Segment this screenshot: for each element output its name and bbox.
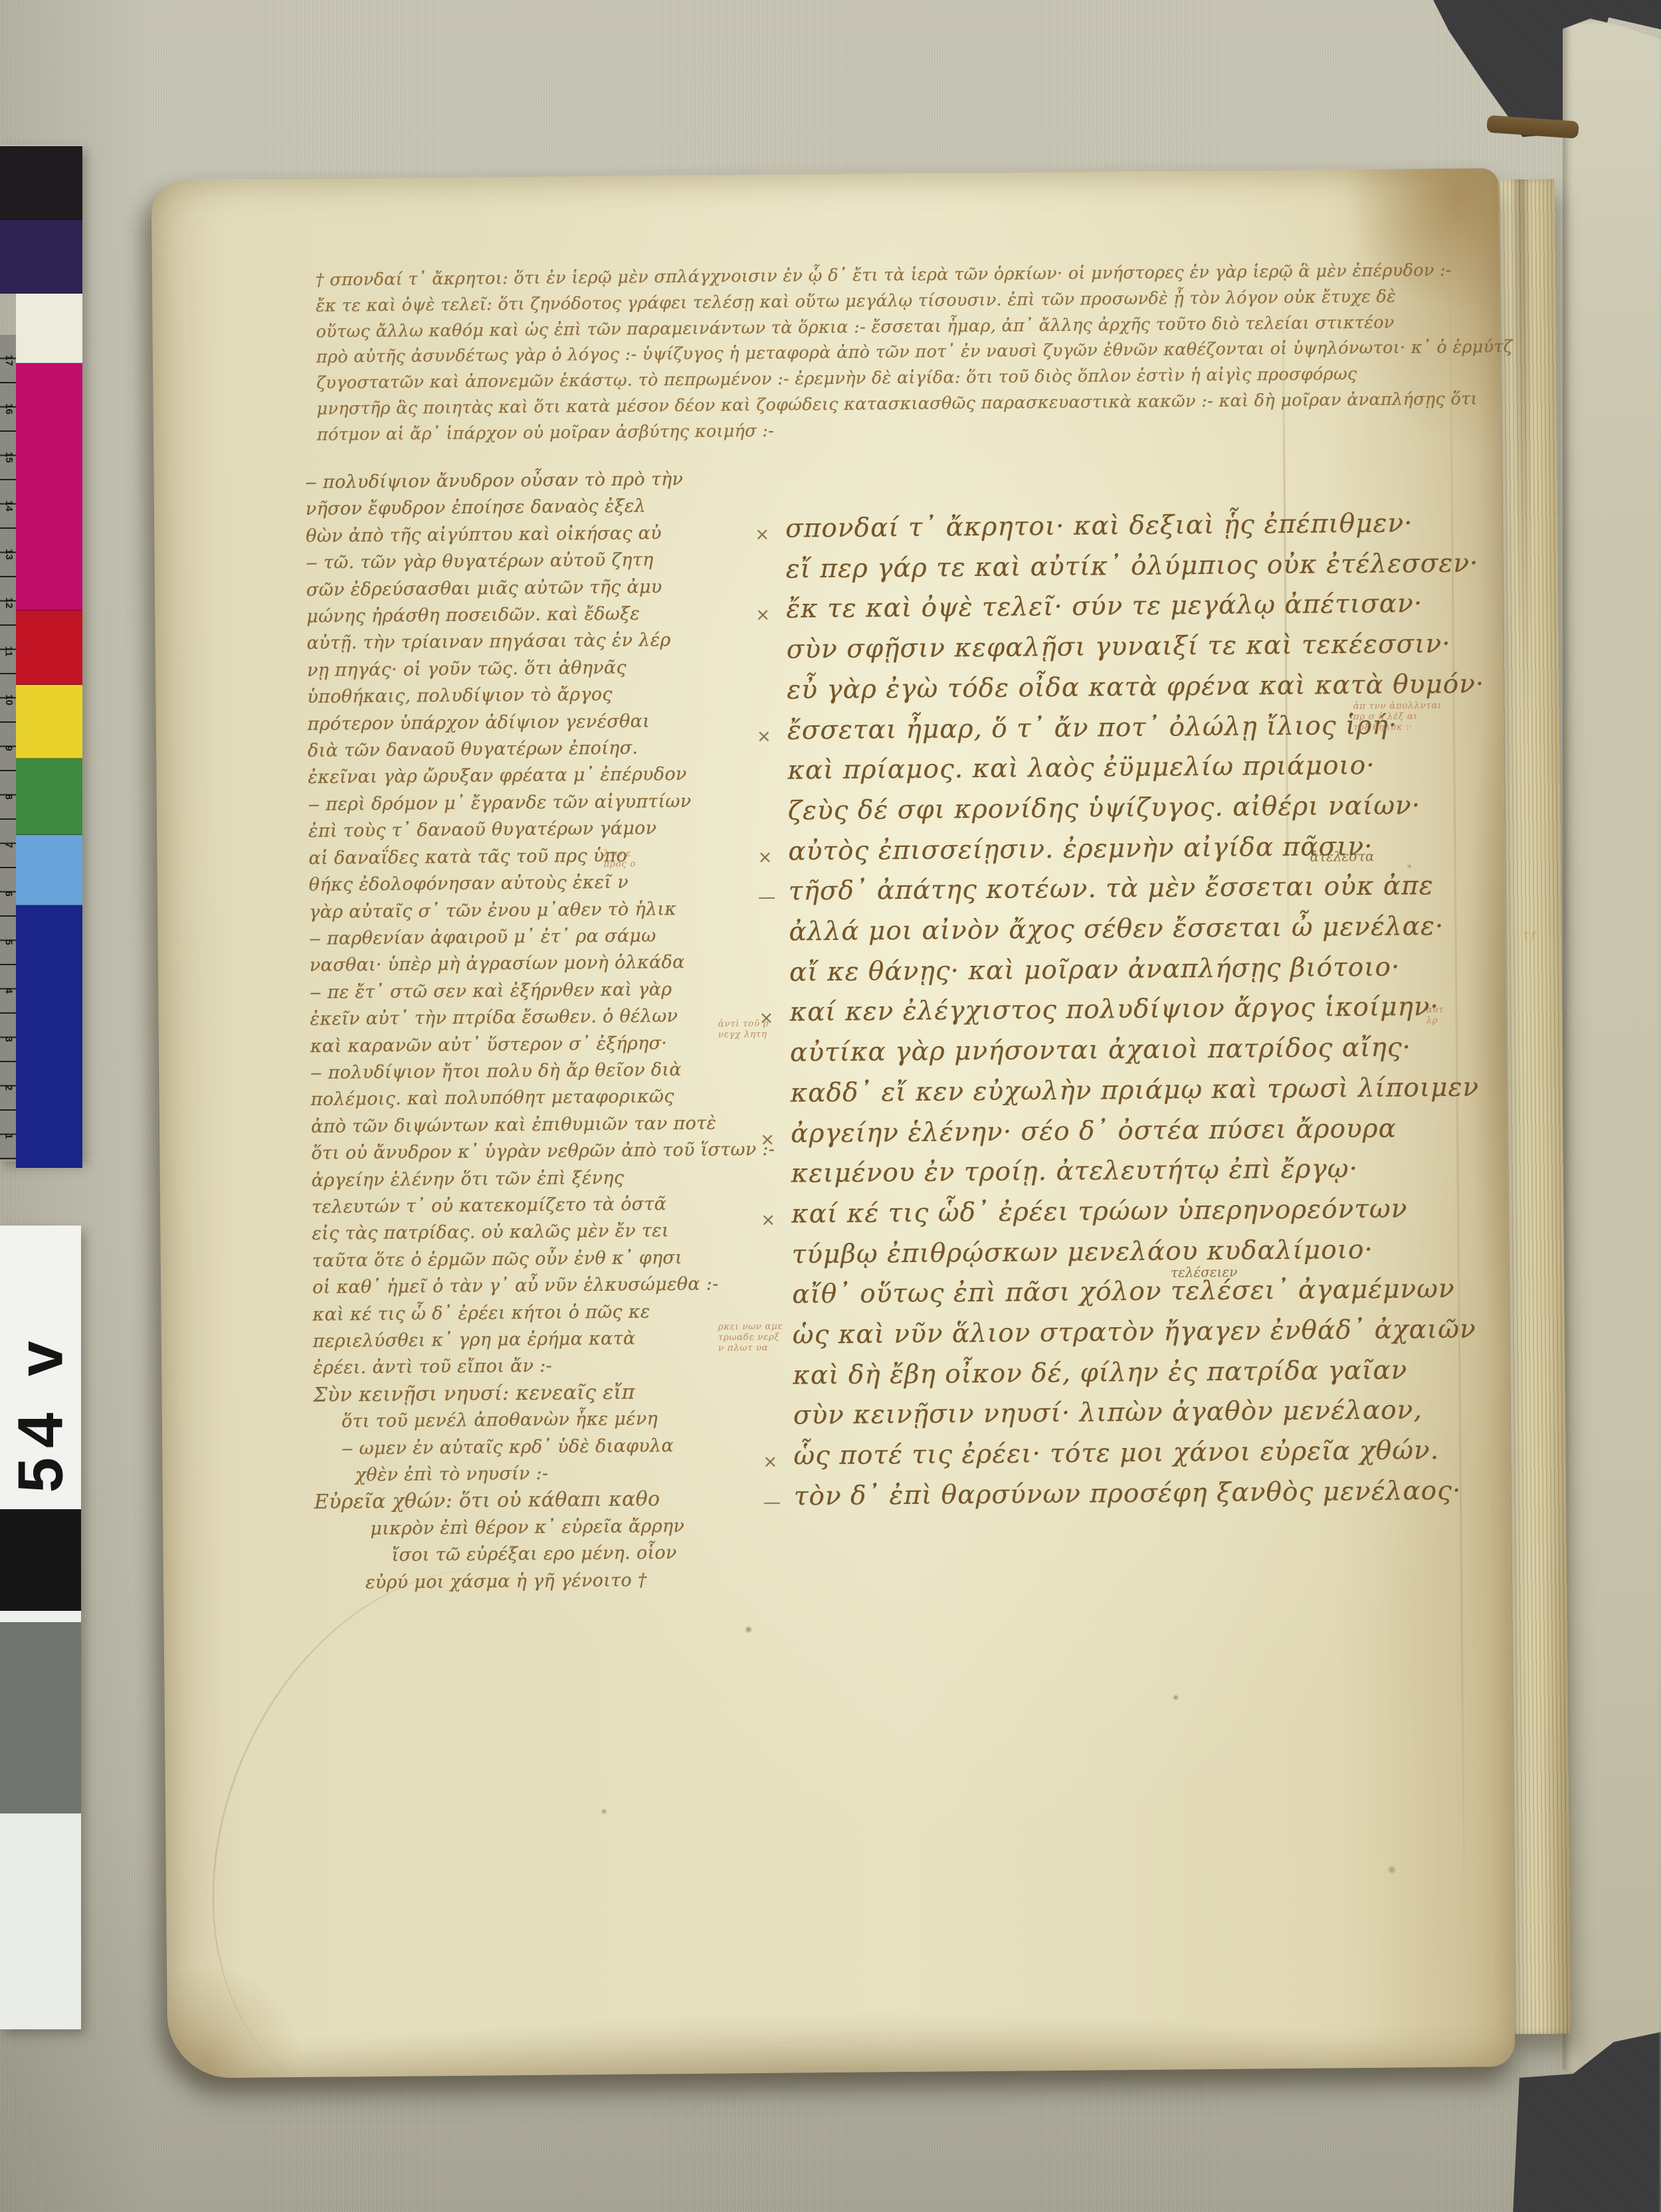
red	[16, 610, 82, 685]
verse-text: κειμένου ἐν τροίῃ. ἀτελευτήτῳ ἐπὶ ἔργῳ·	[791, 1154, 1358, 1188]
light-blue	[16, 835, 82, 905]
color-calibration-bar: 1234567891011121314151617	[0, 145, 82, 1161]
verse-line: —τῆσδ᾽ ἀπάτης κοτέων. τὰ μὲν ἔσσεται οὐκ…	[754, 866, 1487, 913]
verse-line: καὶ πρίαμος. καὶ λαὸς ἐϋμμελίω πριάμοιο·	[753, 745, 1486, 792]
scholion-line: πρότερον ὑπάρχον ἀδίψιον γενέσθαι	[308, 707, 771, 737]
scholion-line: γὰρ αὐταῖς σ᾽ τῶν ἐνου μ᾽αθεν τὸ ἡλικ	[309, 895, 773, 925]
verse-text: ἀλλά μοι αἰνὸν ἄχος σέθεν ἔσσεται ὦ μενέ…	[789, 911, 1444, 947]
scholion-line: τελευτών τ᾽ οὐ κατεκομίζετο τὰ ὀστᾶ	[312, 1190, 775, 1221]
verse-text: καδδ᾽ εἴ κεν εὐχωλὴν πριάμῳ καὶ τρωσὶ λί…	[790, 1072, 1479, 1108]
scholion-line: ‒ περὶ δρόμον μ᾽ ἔγρανδε τῶν αἰγυπτίων	[308, 788, 772, 818]
manuscript-photo-scene: ṭ f † σπονδαί τ᾽ ἄκρητοι: ὅτι ἐν ἱερῷ μὲ…	[0, 0, 1661, 2212]
green	[16, 759, 82, 835]
scholion-line: περιελύσθει κ᾽ γρη μα ἐρήμα κατὰ	[313, 1325, 777, 1355]
red-marginal-note: ἀντὶ τοῦ ρνεγχ λητη	[718, 1018, 769, 1040]
scholion-line: καὶ κέ τις ὧ δ᾽ ἐρέει κήτοι ὁ πῶς κε	[312, 1297, 776, 1328]
left-column-scholia: ‒ πολυδίψιον ἄνυδρον οὖσαν τὸ πρὸ τὴννῆσ…	[305, 466, 779, 1597]
scholion-line: ταῦτα ὅτε ὁ ἑρμῶν πῶς οὖν ἐνθ κ᾽ φησι	[312, 1244, 776, 1275]
scholion-line: ‒ πε ἔτ᾽ στῶ σεν καὶ ἐξήρνθεν καὶ γὰρ	[310, 975, 773, 1006]
scholion-line: ἐρέει. ἀντὶ τοῦ εἴποι ἄν :-	[313, 1351, 777, 1382]
scholion-line: ἴσοι τῶ εὐρέξαι ερο μένη. οἷον	[391, 1539, 778, 1569]
red-marginal-note: αὐτλρ	[1426, 1004, 1444, 1026]
curved-crease	[132, 1500, 733, 2177]
color-patches	[0, 145, 82, 1168]
verse-line: ×καί κέ τις ὧδ᾽ ἐρέει τρώων ὑπερηνορεόντ…	[757, 1188, 1490, 1235]
verse-line: τύμβῳ ἐπιθρῴσκων μενελάου κυδαλίμοιο·	[757, 1229, 1490, 1275]
scholion-line: διὰ τῶν δαναοῦ θυγατέρων ἐποίησ.	[308, 734, 771, 765]
verse-text: αἴθ᾽ οὕτως ἐπὶ πᾶσι χόλον τελέσει᾽ ἀγαμέ…	[792, 1274, 1455, 1310]
verse-text: ἔκ τε καὶ ὀψὲ τελεῖ· σύν τε μεγάλῳ ἀπέτι…	[786, 589, 1422, 624]
magenta	[16, 363, 82, 610]
scholion-line: ὅτι οὐ ἄνυδρον κ᾽ ὑγρὰν νεθρῶν ἀπὸ τοῦ ἵ…	[311, 1137, 775, 1167]
verse-text: εἴ περ γάρ τε καὶ αὐτίκ᾽ ὀλύμπιος οὐκ ἐτ…	[786, 548, 1479, 584]
verse-text: καί κέ τις ὧδ᾽ ἐρέει τρώων ὑπερηνορεόντω…	[791, 1194, 1408, 1229]
verse-text: εὖ γὰρ ἐγὼ τόδε οἶδα κατὰ φρένα καὶ κατὰ…	[787, 669, 1484, 705]
grayscale-card: 54 v	[0, 1226, 81, 2029]
folio-label: 54 v	[0, 1226, 81, 1509]
red-note-line: ∗	[1407, 861, 1413, 872]
scholion-line: Σὺν κεινῇσι νηυσί: κενεαῖς εἴπ	[313, 1378, 777, 1409]
scholion-line: ‒ παρθενίαν ἀφαιροῦ μ᾽ ἐτ᾽ ρα σάμω	[309, 922, 773, 953]
top-margin-scholia: † σπονδαί τ᾽ ἄκρητοι: ὅτι ἐν ἱερῷ μὲν σπ…	[316, 257, 1514, 448]
red-marginal-note: ἀπ τνν ἀπολλνταιπρ σ ἡ λέξ αιτρξ θηλυκ :…	[1353, 700, 1442, 733]
red-note-line: ἀντὶ τοῦ ρ	[718, 1018, 769, 1030]
verse-line: —τὸν δ᾽ ἐπὶ θαρσύνων προσέφη ξανθὸς μενέ…	[759, 1471, 1492, 1517]
scholion-line: ‒ πολυδίψιον ἄνυδρον οὖσαν τὸ πρὸ τὴν	[305, 466, 769, 496]
scholion-line: ἐκεῖν αὐτ᾽ τὴν πτρίδα ἔσωθεν. ὁ θέλων	[310, 1002, 773, 1033]
verse-text: καὶ δὴ ἔβη οἶκον δέ, φίλην ἐς πατρίδα γα…	[793, 1355, 1407, 1390]
folio-label-text: 54 v	[4, 1331, 77, 1493]
verse-line: ζεὺς δέ σφι κρονίδης ὑψίζυγος. αἰθέρι να…	[753, 785, 1486, 832]
verse-line: ×σπονδαί τ᾽ ἄκρητοι· καὶ δεξιαὶ ᾗς ἐπέπι…	[751, 503, 1484, 549]
verse-line: ἀλλά μοι αἰνὸν ἄχος σέθεν ἔσσεται ὦ μενέ…	[754, 906, 1487, 953]
scholion-line: εὐρύ μοι χάσμα ἡ γῆ γένοιτο †	[365, 1566, 779, 1596]
verse-text: καὶ πρίαμος. καὶ λαὸς ἐϋμμελίω πριάμοιο·	[787, 751, 1375, 786]
scholion-line: εἰς τὰς πατρίδας. οὐ καλῶς μὲν ἔν τει	[312, 1217, 775, 1247]
white	[16, 294, 82, 363]
white-line	[0, 1611, 81, 1622]
scholion-line: αἱ δαναΐδες κατὰ τᾶς τοῦ πρς ὑπο	[308, 841, 772, 872]
verse-line: ×αὐτὸς ἐπισσείῃσιν. ἐρεμνὴν αἰγίδα πᾶσιν…	[753, 826, 1486, 872]
scholion-line: ὑποθήκαις, πολυδίψιον τὸ ἄργος	[307, 680, 771, 711]
verse-line: σὺν σφῇσιν κεφαλῇσι γυναιξί τε καὶ τεκέε…	[752, 624, 1485, 671]
verse-text: τὸν δ᾽ ἐπὶ θαρσύνων προσέφη ξανθὸς μενέλ…	[794, 1476, 1462, 1512]
scholion-line: χθὲν ἐπὶ τὸ νηυσίν :-	[355, 1459, 777, 1489]
scholion-line: πολέμοις. καὶ πολυπόθητ μεταφορικῶς	[310, 1083, 774, 1113]
verse-line: εἴ περ γάρ τε καὶ αὐτίκ᾽ ὀλύμπιος οὐκ ἐτ…	[751, 543, 1484, 590]
verse-line: καὶ δὴ ἔβη οἶκον δέ, φίλην ἐς πατρίδα γα…	[758, 1350, 1491, 1396]
scholion-line: οἱ καθ᾽ ἡμεῖ ὁ τὰν γ᾽ αὖ νῦν ἑλκυσώμεθα …	[312, 1271, 776, 1301]
scholion-line: νῆσον ἔφυδρον ἐποίησε δαναὸς ἐξελ	[306, 492, 769, 523]
dark-violet	[0, 220, 82, 294]
scholion-line: ἀπὸ τῶν διψώντων καὶ ἐπιθυμιῶν ταν ποτὲ	[311, 1110, 775, 1141]
scholion-line: ‒ τῶ. τῶν γὰρ θυγατέρων αὐτοῦ ζητη	[306, 546, 769, 577]
red-note-line: τρξ θηλυκ :·	[1353, 721, 1442, 733]
white-band	[0, 1813, 81, 2029]
red-note-line: ν πλωτ υα	[718, 1342, 783, 1354]
red-note-line: αὐτ	[1426, 1004, 1444, 1015]
scholion-line: ἐκεῖναι γὰρ ὤρυξαν φρέατα μ᾽ ἐπέρυδον	[308, 761, 771, 791]
red-note-line: τρωαδε νερξ	[718, 1332, 783, 1343]
red-marginal-note: ∗	[1407, 861, 1413, 872]
verse-text: τῆσδ᾽ ἀπάτης κοτέων. τὰ μὲν ἔσσεται οὐκ …	[789, 871, 1434, 906]
verse-line: καδδ᾽ εἴ κεν εὐχωλὴν πριάμῳ καὶ τρωσὶ λί…	[755, 1067, 1488, 1114]
verse-text: ὡς καὶ νῦν ἅλιον στρατὸν ἤγαγεν ἐνθάδ᾽ ἀ…	[793, 1315, 1476, 1350]
scholion-line: νῃ πηγάς· οἱ γοῦν τῶς. ὅτι ἀθηνᾶς	[307, 654, 771, 684]
verse-text: ἔσσεται ἦμαρ, ὅ τ᾽ ἄν ποτ᾽ ὀλώλῃ ἴλιος ἱ…	[787, 710, 1398, 745]
verse-line: ×ἔκ τε καὶ ὀψὲ τελεῖ· σύν τε μεγάλῳ ἀπέτ…	[751, 584, 1484, 630]
verse-line: ×ὧς ποτέ τις ἐρέει· τότε μοι χάνοι εὐρεῖ…	[759, 1431, 1492, 1477]
scholion-line: Εὐρεῖα χθών: ὅτι οὐ κάθαπι καθο	[314, 1485, 778, 1516]
scholion-line: θήκς ἐδολοφόνησαν αὐτοὺς ἐκεῖ ν	[309, 868, 773, 899]
yellow	[16, 685, 82, 759]
red-marginal-notes: ἀπ τνν ἀπολλνταιπρ σ ἡ λέξ αιτρξ θηλυκ :…	[151, 168, 1499, 180]
red-note-line: ρκει νων αμε	[718, 1321, 783, 1333]
scholion-line: ‒ ωμεν ἐν αὐταῖς κρδ᾽ ὑδὲ διαφυλα	[342, 1431, 777, 1462]
scholion-line: ‒ πολυδίψιον ἤτοι πολυ δὴ ἄρ θεῖον διὰ	[310, 1056, 774, 1087]
verse-line: σὺν κεινῇσιν νηυσί· λιπὼν ἀγαθὸν μενέλαο…	[759, 1390, 1492, 1437]
red-marginal-note: ρκει νων αμετρωαδε νερξν πλωτ υα	[718, 1321, 783, 1354]
scholion-line: σῶν ἐδρεύσασθαι μιᾶς αὐτῶν τῆς ἀμυ	[306, 573, 770, 603]
verse-text: ζεὺς δέ σφι κρονίδης ὑψίζυγος. αἰθέρι να…	[788, 790, 1421, 826]
mid-gray-band	[0, 1622, 81, 1813]
scholion-line: θὼν ἀπὸ τῆς αἰγύπτου καὶ οἰκήσας αὐ	[306, 519, 769, 550]
red-note-line: λρ	[1426, 1015, 1444, 1026]
red-note-line: πρός ο	[604, 859, 636, 870]
scholion-line: αὐτῇ. τὴν τρίαιναν πηγάσαι τὰς ἐν λέρ	[306, 626, 770, 657]
verse-text: αἴ κε θάνῃς· καὶ μοῖραν ἀναπλήσῃς βιότοι…	[789, 952, 1401, 987]
verse-text: σὺν κεινῇσιν νηυσί· λιπὼν ἀγαθὸν μενέλαο…	[793, 1396, 1422, 1431]
scholion-line: ἀργείην ἑλένην ὅτι τῶν ἐπὶ ξένης	[312, 1163, 775, 1194]
verse-text: αὐτίκα γὰρ μνήσονται ἀχαιοὶ πατρίδος αἴη…	[790, 1033, 1411, 1068]
red-marginal-note: λτω επρός ο	[603, 848, 636, 870]
parchment-page-54v: † σπονδαί τ᾽ ἄκρητοι: ὅτι ἐν ἱερῷ μὲν σπ…	[151, 168, 1515, 2078]
interlinear-correction: ἀτέλεστα	[1310, 848, 1374, 865]
iliad-main-text: ×σπονδαί τ᾽ ἄκρητοι· καὶ δεξιαὶ ᾗς ἐπέπι…	[751, 503, 1492, 1517]
verse-line: ὡς καὶ νῦν ἅλιον στρατὸν ἤγαγεν ἐνθάδ᾽ ἀ…	[758, 1309, 1491, 1356]
red-note-line: νεγχ λητη	[718, 1029, 769, 1040]
backing-paper-right	[1563, 19, 1661, 2086]
verse-text: καί κεν ἐλέγχιστος πολυδίψιον ἄργος ἱκοί…	[789, 992, 1439, 1028]
verse-line: αἴ κε θάνῃς· καὶ μοῖραν ἀναπλήσῃς βιότοι…	[755, 947, 1488, 993]
critical-sign: —	[763, 1483, 782, 1523]
scholion-line: μώνης ἠράσθη ποσειδῶν. καὶ ἔδωξε	[306, 600, 770, 630]
verse-line: ×ἀργείην ἑλένην· σέο δ᾽ ὀστέα πύσει ἄρου…	[756, 1108, 1489, 1154]
scholion-line: ὅτι τοῦ μενέλ ἀποθανὼν ἧκε μένη	[342, 1405, 777, 1435]
verse-text: σὺν σφῇσιν κεφαλῇσι γυναιξί τε καὶ τεκέε…	[787, 629, 1451, 665]
interlinear-correction: τελέσειεν	[1171, 1264, 1238, 1281]
scholion-line: ἐπὶ τοὺς τ᾽ δαναοῦ θυγατέρων γάμον	[308, 814, 772, 845]
verse-text: ὧς ποτέ τις ἐρέει· τότε μοι χάνοι εὐρεῖα…	[793, 1435, 1439, 1471]
verse-text: ἀργείην ἑλένην· σέο δ᾽ ὀστέα πύσει ἄρουρ…	[791, 1113, 1397, 1149]
verse-text: σπονδαί τ᾽ ἄκρητοι· καὶ δεξιαὶ ᾗς ἐπέπιθ…	[785, 508, 1413, 543]
verse-line: κειμένου ἐν τροίῃ. ἀτελευτήτῳ ἐπὶ ἔργῳ·	[756, 1149, 1489, 1195]
black-band	[0, 1509, 81, 1611]
red-note-line: λτω ε	[603, 848, 636, 859]
verse-text: τύμβῳ ἐπιθρῴσκων μενελάου κυδαλίμοιο·	[792, 1235, 1374, 1270]
verse-line: αὐτίκα γὰρ μνήσονται ἀχαιοὶ πατρίδος αἴη…	[755, 1028, 1488, 1074]
scholion-line: καὶ καρανῶν αὐτ᾽ ὕστερον σ᾽ ἐξήρησ·	[310, 1029, 774, 1060]
black	[0, 145, 82, 220]
verse-line: ×καί κεν ἐλέγχιστος πολυδίψιον ἄργος ἱκο…	[755, 987, 1488, 1034]
dark-blue	[16, 905, 82, 1168]
verse-line: αἴθ᾽ οὕτως ἐπὶ πᾶσι χόλον τελέσει᾽ ἀγαμέ…	[757, 1269, 1490, 1316]
interlinear-corrections: ἀτέλεστατελέσειεν	[151, 168, 1499, 180]
red-note-line: πρ σ ἡ λέξ αι	[1353, 711, 1442, 722]
fore-edge-mark: ṭ f	[1523, 928, 1536, 942]
verse-text: αὐτὸς ἐπισσείῃσιν. ἐρεμνὴν αἰγίδα πᾶσιν·	[788, 832, 1373, 867]
scholion-line: νασθαι· ὑπὲρ μὴ ἀγρασίων μονὴ ὁλκάδα	[310, 949, 773, 979]
scholion-line: μικρὸν ἐπὶ θέρον κ᾽ εὐρεῖα ἄρρην	[370, 1513, 778, 1543]
red-note-line: ἀπ τνν ἀπολλνται	[1353, 700, 1442, 711]
